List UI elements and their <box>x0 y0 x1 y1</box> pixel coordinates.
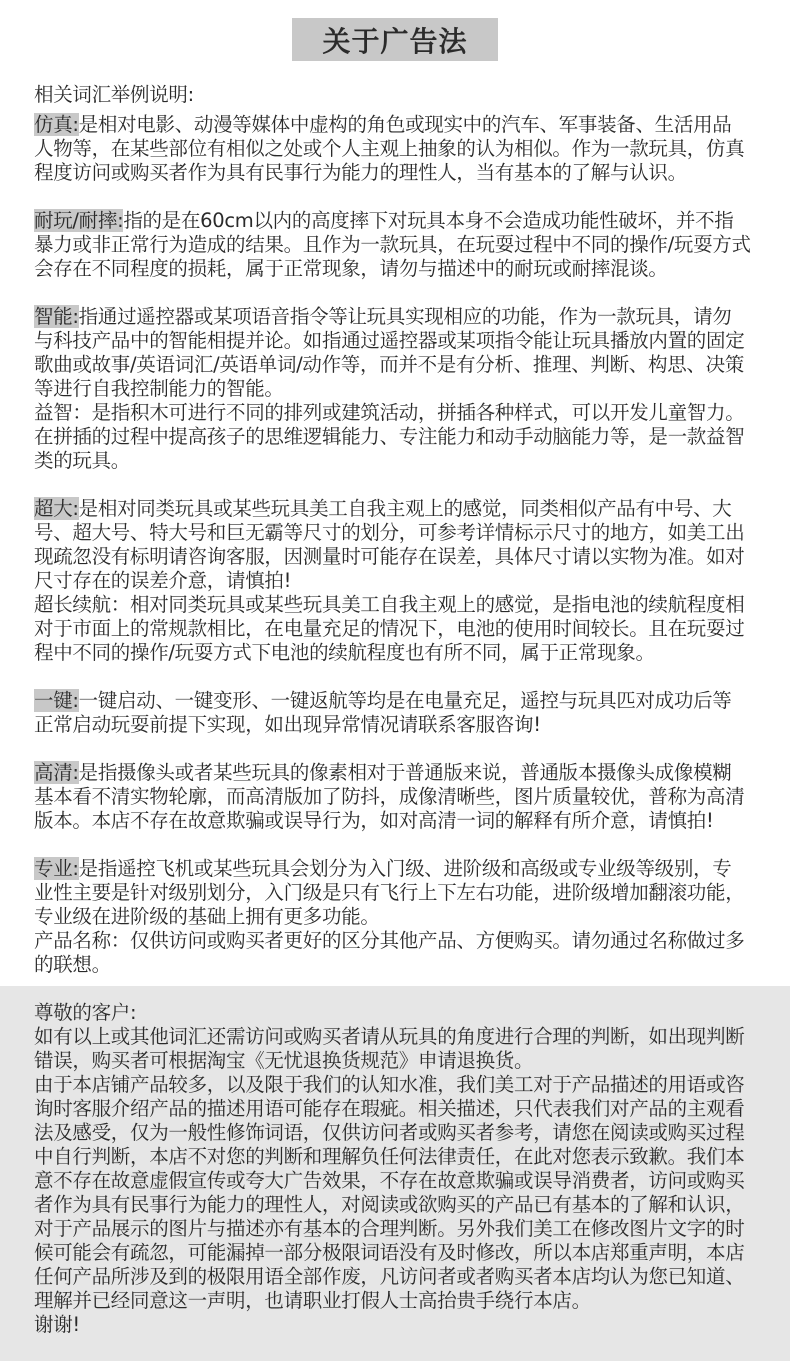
term-line: 号、超大号、特大号和巨无霸等尺寸的划分，可参考详情标示尺寸的地方，如美工出 <box>34 521 764 545</box>
section-gap <box>34 665 764 689</box>
term-line: 超大:是相对同类玩具或某些玩具美工自我主观上的感觉，同类相似产品有中号、大 <box>34 497 764 521</box>
term-section: 耐玩/耐摔:指的是在60cm以内的高度摔下对玩具本身不会造成功能性破坏，并不指暴… <box>34 209 764 281</box>
term-section: 仿真:是相对电影、动漫等媒体中虚构的角色或现实中的汽车、军事装备、生活用品人物等… <box>34 113 764 185</box>
term-label: 高清: <box>34 761 79 784</box>
notice-content: 尊敬的客户: 如有以上或其他词汇还需访问或购买者请从玩具的角度进行合理的判断，如… <box>34 1001 764 1337</box>
term-line: 正常启动玩耍前提下实现，如出现异常情况请联系客服咨询! <box>34 713 764 737</box>
page-title: 关于广告法 <box>322 20 467 60</box>
term-text: 与科技产品中的智能相提并论。如指通过遥控器或某项指令能让玩具播放内置的固定 <box>34 329 744 352</box>
notice-line: 候可能会有疏忽，可能漏掉一部分极限词语没有及时修改，所以本店郑重声明，本店 <box>34 1241 764 1265</box>
term-extra-line: 在拼插的过程中提高孩子的思维逻辑能力、专注能力和动手动脑能力等，是一款益智 <box>34 425 764 449</box>
notice-closing: 谢谢! <box>34 1313 764 1337</box>
term-line: 暴力或非正常行为造成的结果。且作为一款玩具，在玩耍过程中不同的操作/玩耍方式 <box>34 233 764 257</box>
customer-notice: 尊敬的客户: 如有以上或其他词汇还需访问或购买者请从玩具的角度进行合理的判断，如… <box>0 986 790 1361</box>
notice-line: 询时客服介绍产品的描述用语可能存在瑕疵。相关描述，只代表我们对产品的主观看 <box>34 1097 764 1121</box>
notice-line: 意不存在故意虚假宣传或夸大广告效果，不存在故意欺骗或误导消费者，访问或购买 <box>34 1169 764 1193</box>
term-text: 会存在不同程度的损耗，属于正常现象，请勿与描述中的耐玩或耐摔混谈。 <box>34 257 668 280</box>
term-label: 专业: <box>34 857 79 880</box>
term-text: 专业级在进阶级的基础上拥有更多功能。 <box>34 905 380 928</box>
term-line: 智能:指通过遥控器或某项语音指令等让玩具实现相应的功能，作为一款玩具，请勿 <box>34 305 764 329</box>
term-section: 一键:一键启动、一键变形、一键返航等均是在电量充足，遥控与玩具匹对成功后等正常启… <box>34 689 764 737</box>
term-line: 基本看不清实物轮廓，而高清版加了防抖，成像清晰些，图片质量较优，普称为高清 <box>34 785 764 809</box>
term-text: 歌曲或故事/英语词汇/英语单词/动作等，而并不是有分析、推理、判断、构思、决策 <box>34 353 744 376</box>
term-text: 是指遥控飞机或某些玩具会划分为入门级、进阶级和高级或专业级等级别，专 <box>79 857 732 880</box>
section-gap <box>34 473 764 497</box>
intro-text: 相关词汇举例说明: <box>34 83 764 107</box>
term-extra-line: 益智：是指积木可进行不同的排列或建筑活动，拼插各种样式，可以开发儿童智力。 <box>34 401 764 425</box>
term-text: 人物等，在某些部位有相似之处或个人主观上抽象的认为相似。作为一款玩具，仿真 <box>34 137 744 160</box>
notice-body: 如有以上或其他词汇还需访问或购买者请从玩具的角度进行合理的判断，如出现判断错误，… <box>34 1025 764 1313</box>
term-text: 号、超大号、特大号和巨无霸等尺寸的划分，可参考详情标示尺寸的地方，如美工出 <box>34 521 744 544</box>
term-extra-line: 超长续航：相对同类玩具或某些玩具美工自我主观上的感觉，是指电池的续航程度相 <box>34 593 764 617</box>
term-text: 程度访问或购买者作为具有民事行为能力的理性人，当有基本的了解与认识。 <box>34 161 687 184</box>
notice-line: 法及感受，仅为一般性修饰词语，仅供访问者或购买者参考，请您在阅读或购买过程 <box>34 1121 764 1145</box>
section-gap <box>34 833 764 857</box>
notice-greeting: 尊敬的客户: <box>34 1001 764 1025</box>
notice-line: 理解并已经同意这一声明，也请职业打假人士高抬贵手绕行本店。 <box>34 1289 764 1313</box>
term-line: 现疏忽没有标明请咨询客服，因测量时可能存在误差，具体尺寸请以实物为准。如对 <box>34 545 764 569</box>
term-label: 超大: <box>34 497 79 520</box>
term-text: 版本。本店不存在故意欺骗或误导行为，如对高清一词的解释有所介意，请慎拍! <box>34 809 714 832</box>
notice-line: 者作为具有民事行为能力的理性人，对阅读或欲购买的产品已有基本的了解和认识， <box>34 1193 764 1217</box>
term-section: 超大:是相对同类玩具或某些玩具美工自我主观上的感觉，同类相似产品有中号、大号、超… <box>34 497 764 665</box>
term-extra-line: 类的玩具。 <box>34 449 764 473</box>
section-gap <box>34 737 764 761</box>
term-line: 专业:是指遥控飞机或某些玩具会划分为入门级、进阶级和高级或专业级等级别，专 <box>34 857 764 881</box>
term-line: 一键:一键启动、一键变形、一键返航等均是在电量充足，遥控与玩具匹对成功后等 <box>34 689 764 713</box>
term-text: 基本看不清实物轮廓，而高清版加了防抖，成像清晰些，图片质量较优，普称为高清 <box>34 785 744 808</box>
term-text: 指的是在60cm以内的高度摔下对玩具本身不会造成功能性破坏，并不指 <box>123 209 733 232</box>
notice-line: 由于本店铺产品较多，以及限于我们的认知水准，我们美工对于产品描述的用语或咨 <box>34 1073 764 1097</box>
term-text: 是相对同类玩具或某些玩具美工自我主观上的感觉，同类相似产品有中号、大 <box>79 497 732 520</box>
term-extra-line: 产品名称：仅供访问或购买者更好的区分其他产品、方便购买。请勿通过名称做过多 <box>34 929 764 953</box>
term-line: 会存在不同程度的损耗，属于正常现象，请勿与描述中的耐玩或耐摔混谈。 <box>34 257 764 281</box>
term-extra-line: 对于市面上的常规款相比，在电量充足的情况下，电池的使用时间较长。且在玩耍过 <box>34 617 764 641</box>
term-extra-line: 程中不同的操作/玩耍方式下电池的续航程度也有所不同，属于正常现象。 <box>34 641 764 665</box>
section-gap <box>34 281 764 305</box>
term-label: 智能: <box>34 305 79 328</box>
term-sections: 仿真:是相对电影、动漫等媒体中虚构的角色或现实中的汽车、军事装备、生活用品人物等… <box>34 113 764 977</box>
term-label: 一键: <box>34 689 79 712</box>
term-section: 专业:是指遥控飞机或某些玩具会划分为入门级、进阶级和高级或专业级等级别，专业性主… <box>34 857 764 977</box>
section-gap <box>34 185 764 209</box>
term-text: 暴力或非正常行为造成的结果。且作为一款玩具，在玩耍过程中不同的操作/玩耍方式 <box>34 233 751 256</box>
notice-line: 错误，购买者可根据淘宝《无忧退换货规范》申请退换货。 <box>34 1049 764 1073</box>
term-section: 高清:是指摄像头或者某些玩具的像素相对于普通版来说，普通版本摄像头成像模糊基本看… <box>34 761 764 833</box>
term-line: 耐玩/耐摔:指的是在60cm以内的高度摔下对玩具本身不会造成功能性破坏，并不指 <box>34 209 764 233</box>
term-text: 业性主要是针对级别划分，入门级是只有飞行上下左右功能，进阶级增加翻滚功能， <box>34 881 744 904</box>
term-line: 仿真:是相对电影、动漫等媒体中虚构的角色或现实中的汽车、军事装备、生活用品 <box>34 113 764 137</box>
term-text: 等进行自我控制能力的智能。 <box>34 377 284 400</box>
term-line: 等进行自我控制能力的智能。 <box>34 377 764 401</box>
term-extra-line: 的联想。 <box>34 953 764 977</box>
term-line: 高清:是指摄像头或者某些玩具的像素相对于普通版来说，普通版本摄像头成像模糊 <box>34 761 764 785</box>
term-text: 是指摄像头或者某些玩具的像素相对于普通版来说，普通版本摄像头成像模糊 <box>79 761 732 784</box>
term-text: 正常启动玩耍前提下实现，如出现异常情况请联系客服咨询! <box>34 713 541 736</box>
notice-line: 如有以上或其他词汇还需访问或购买者请从玩具的角度进行合理的判断，如出现判断 <box>34 1025 764 1049</box>
term-line: 与科技产品中的智能相提并论。如指通过遥控器或某项指令能让玩具播放内置的固定 <box>34 329 764 353</box>
term-line: 人物等，在某些部位有相似之处或个人主观上抽象的认为相似。作为一款玩具，仿真 <box>34 137 764 161</box>
term-text: 一键启动、一键变形、一键返航等均是在电量充足，遥控与玩具匹对成功后等 <box>79 689 732 712</box>
terms-content: 相关词汇举例说明: 仿真:是相对电影、动漫等媒体中虚构的角色或现实中的汽车、军事… <box>34 83 764 977</box>
term-text: 指通过遥控器或某项语音指令等让玩具实现相应的功能，作为一款玩具，请勿 <box>79 305 732 328</box>
term-line: 业性主要是针对级别划分，入门级是只有飞行上下左右功能，进阶级增加翻滚功能， <box>34 881 764 905</box>
term-text: 是相对电影、动漫等媒体中虚构的角色或现实中的汽车、军事装备、生活用品 <box>79 113 732 136</box>
term-line: 歌曲或故事/英语词汇/英语单词/动作等，而并不是有分析、推理、判断、构思、决策 <box>34 353 764 377</box>
term-line: 程度访问或购买者作为具有民事行为能力的理性人，当有基本的了解与认识。 <box>34 161 764 185</box>
notice-line: 对于产品展示的图片与描述亦有基本的合理判断。另外我们美工在修改图片文字的时 <box>34 1217 764 1241</box>
term-text: 现疏忽没有标明请咨询客服，因测量时可能存在误差，具体尺寸请以实物为准。如对 <box>34 545 744 568</box>
notice-line: 任何产品所涉及到的极限用语全部作废，凡访问者或者购买者本店均认为您已知道、 <box>34 1265 764 1289</box>
page-title-box: 关于广告法 <box>292 18 498 61</box>
term-label: 仿真: <box>34 113 79 136</box>
term-section: 智能:指通过遥控器或某项语音指令等让玩具实现相应的功能，作为一款玩具，请勿与科技… <box>34 305 764 473</box>
term-text: 尺寸存在的误差介意，请慎拍! <box>34 569 291 592</box>
term-line: 版本。本店不存在故意欺骗或误导行为，如对高清一词的解释有所介意，请慎拍! <box>34 809 764 833</box>
term-line: 专业级在进阶级的基础上拥有更多功能。 <box>34 905 764 929</box>
term-line: 尺寸存在的误差介意，请慎拍! <box>34 569 764 593</box>
notice-line: 中自行判断，本店不对您的判断和理解负任何法律责任，在此对您表示致歉。我们本 <box>34 1145 764 1169</box>
term-label: 耐玩/耐摔: <box>34 209 123 232</box>
